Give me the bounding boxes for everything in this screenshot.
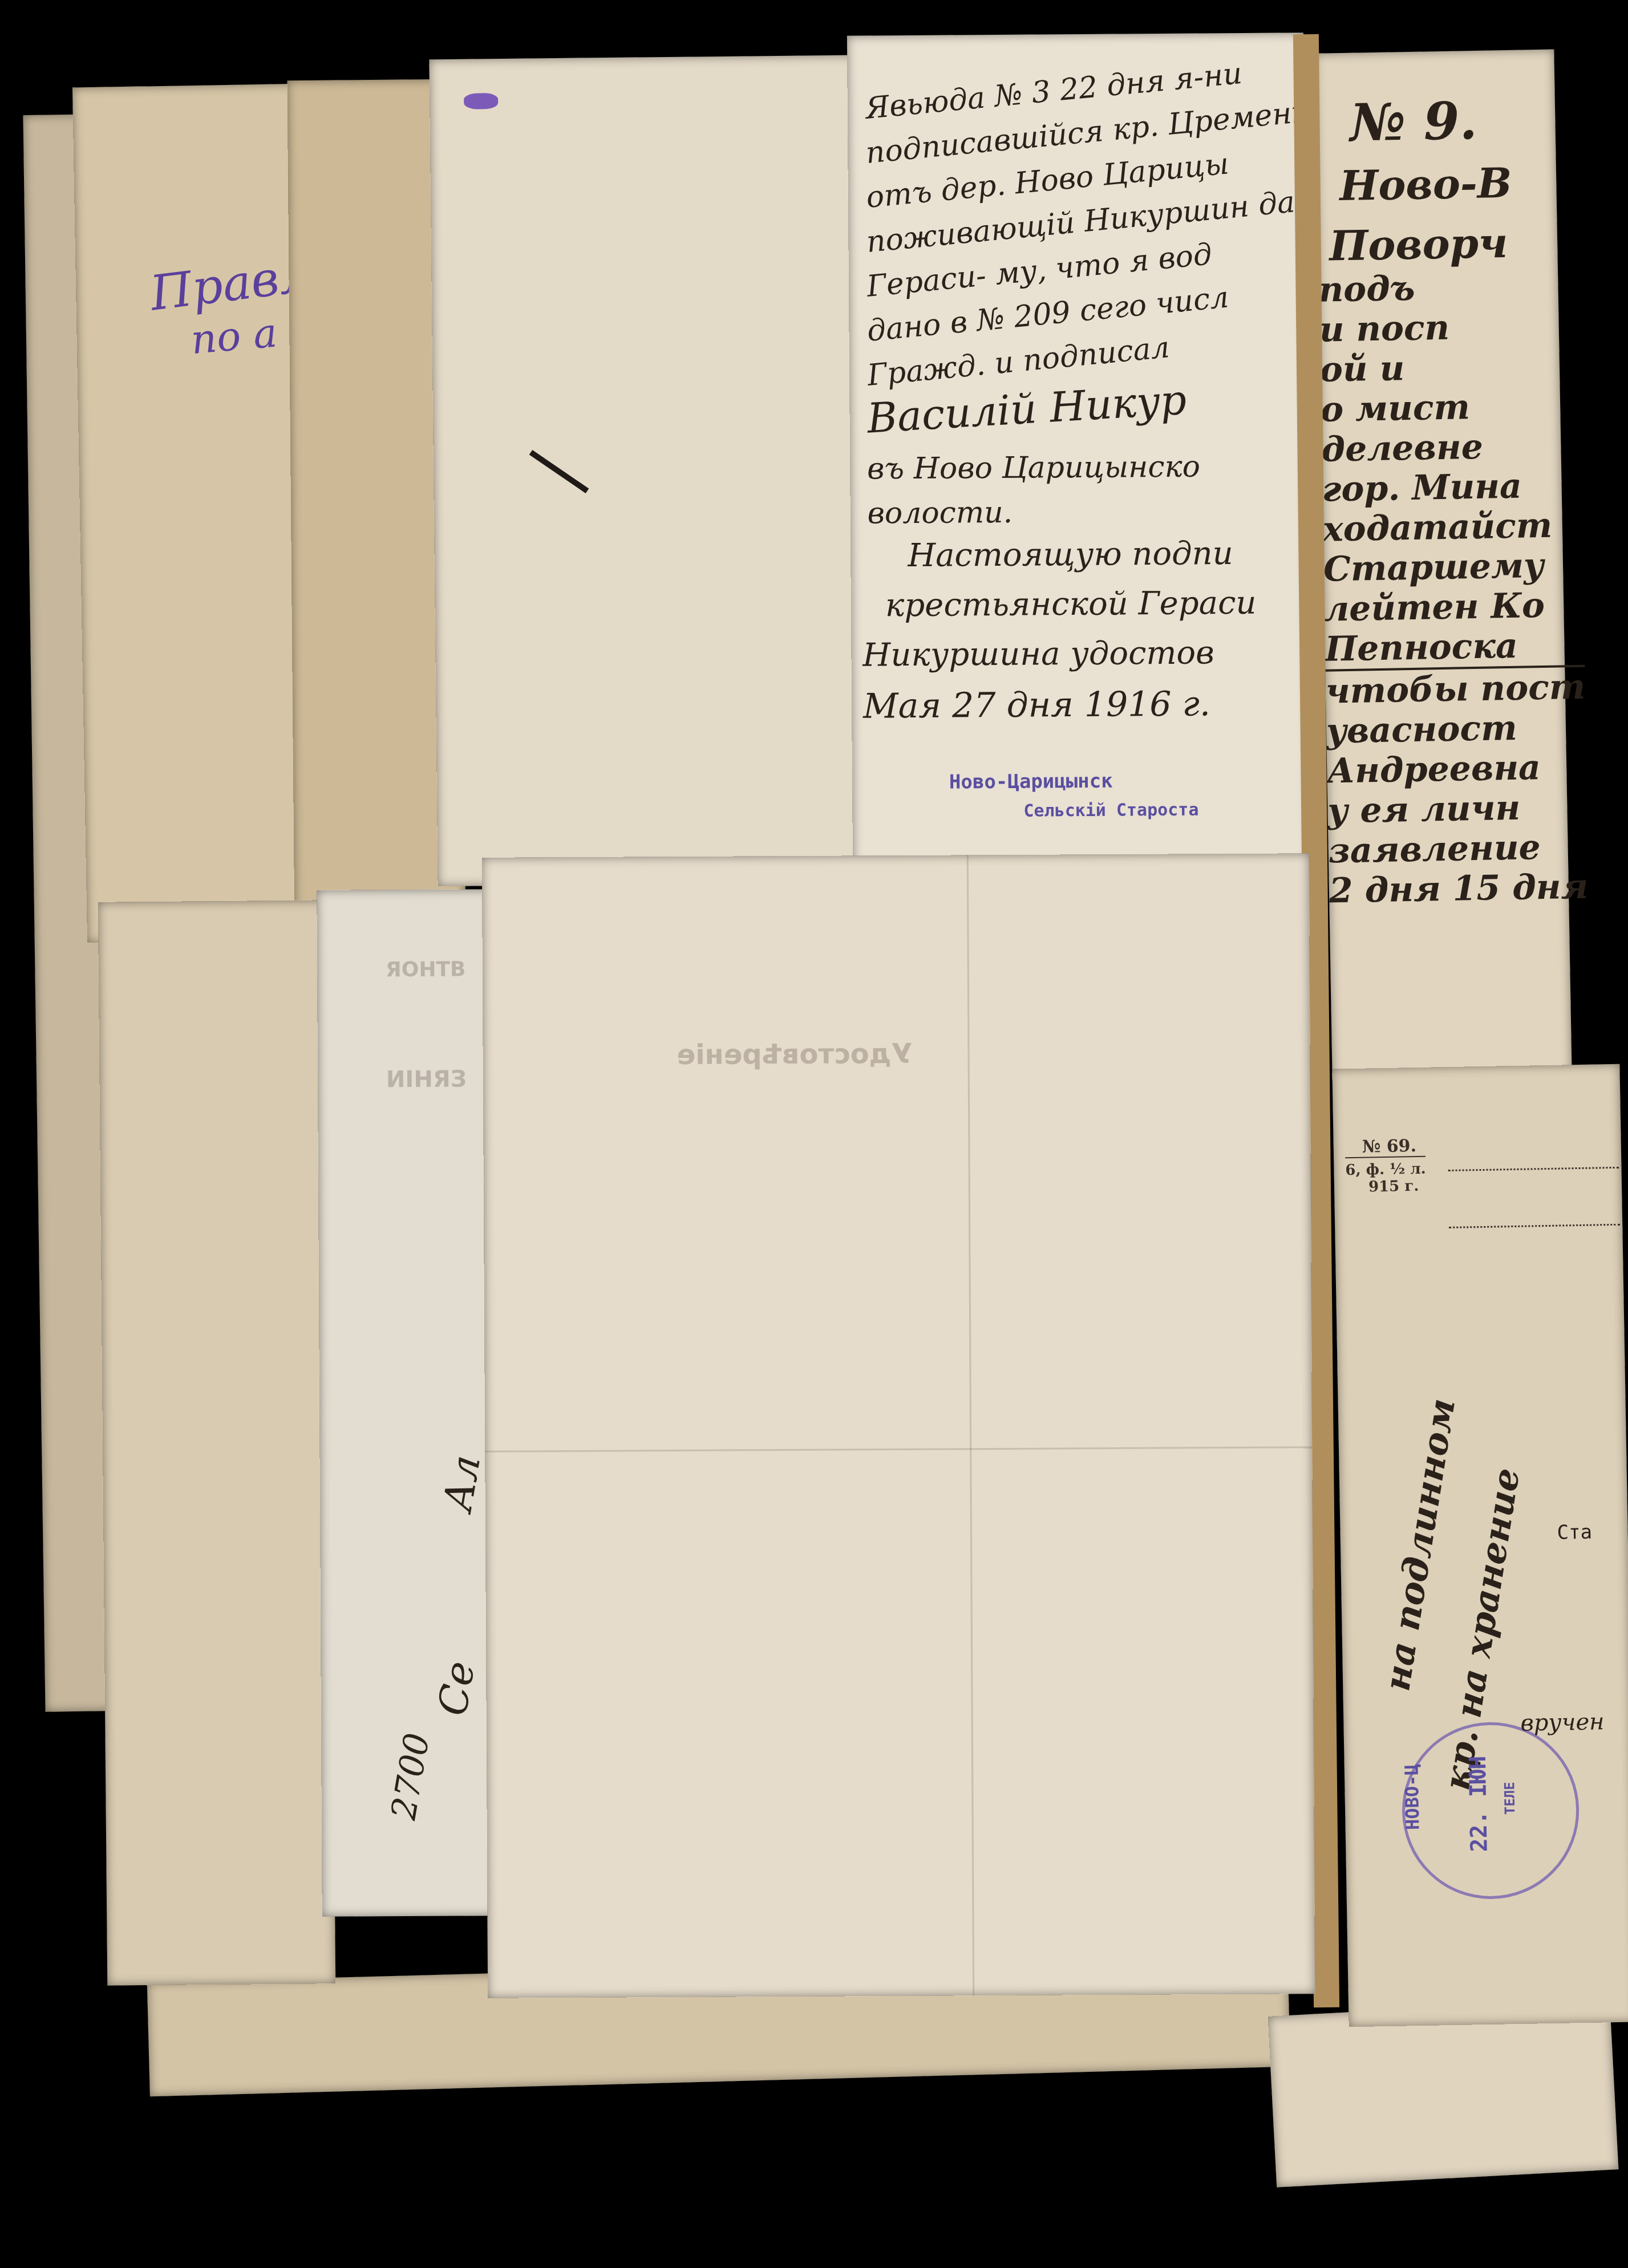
ghost-print-line2: ИІНЯЗ [386, 1066, 467, 1093]
lower-left-folded-form [98, 900, 336, 1985]
right-letter-line: ой и [1319, 346, 1580, 390]
vertical-note-1: на подлинном [1376, 1395, 1463, 1694]
postmark-bottom: ТЕЛЕ [1501, 1782, 1518, 1815]
ghost-print-line1: ЯОНТВ [386, 957, 466, 981]
left-wrapper-sheet: Правл по а [72, 84, 315, 943]
ghost-certificate-title: Удостовѣреніе [677, 1038, 912, 1071]
right-letter-line: гор. Мина [1322, 465, 1582, 510]
vertical-handwriting-3: 2700 [383, 1730, 438, 1823]
right-letter-line: Андреевна [1327, 747, 1587, 792]
signature-line: крестьянской Гераси [885, 585, 1257, 624]
blue-ink-note-line1: Правл [147, 246, 312, 321]
handwritten-letter: Явьюда № 3 22 дня я-ни подписавшійся кр.… [847, 33, 1309, 874]
violet-ink-blot [464, 93, 498, 109]
postmark-date: 22. ІЮН [1465, 1756, 1493, 1852]
village-elder-stamp: Ново-Царицынск Сельскій Староста [949, 769, 1199, 822]
blue-ink-note-line2: по а [189, 309, 279, 363]
typed-label: Ста [1557, 1521, 1592, 1544]
right-letter-body: Ново-В Поворч подъ и посп ой и о мист де… [1317, 157, 1589, 911]
right-letter-line: о мист [1321, 386, 1581, 430]
right-letter-line: у ея личн [1327, 787, 1587, 831]
right-letter-line: чтобы пост [1325, 667, 1585, 712]
stamp-line2: Сельскій Староста [1023, 800, 1198, 821]
form-year: 915 г. [1368, 1178, 1427, 1196]
delivery-label: вручен [1520, 1709, 1605, 1736]
certificate-sheet-reverse: Удостовѣреніе [482, 853, 1315, 1998]
right-letter-line: Поворч [1329, 217, 1578, 270]
right-letter-line: и посп [1319, 306, 1579, 350]
right-letter-line: заявление [1328, 827, 1588, 871]
right-letter-header: № 9. [1350, 91, 1478, 153]
vertical-handwriting-1: Ал [434, 1451, 489, 1514]
letter-line: волости. [868, 493, 1372, 530]
printed-form-strip: ЯОНТВ ИІНЯЗ Ал Се 2700 [317, 889, 499, 1917]
right-letter: № 9. Ново-В Поворч подъ и посп ой и о ми… [1314, 49, 1572, 1080]
right-letter-line: 2 дня 15 дня [1329, 867, 1589, 911]
form-format: 6, ф. ½ л. [1345, 1156, 1426, 1179]
bundle-right-bottom-edge [1268, 1999, 1619, 2188]
right-letter-line: Ново-В [1339, 157, 1577, 210]
letter-line: въ Ново Царицынско [867, 448, 1372, 486]
right-letter-line: подъ [1318, 266, 1578, 310]
dotted-line [1448, 1167, 1619, 1171]
printed-form-header: № 69. 6, ф. ½ л. 915 г. [1333, 1136, 1426, 1196]
fold-line-vertical [967, 855, 974, 1995]
signature-block: Настоящую подпи крестьянской Гераси Нику… [862, 535, 1257, 727]
right-lower-form: № 69. 6, ф. ½ л. 915 г. на подлинном кр.… [1332, 1064, 1628, 2027]
fold-line-horizontal [485, 1446, 1312, 1453]
right-letter-line: делевне [1321, 425, 1581, 470]
postmark-text: НОВО-Ц [1400, 1764, 1423, 1830]
vertical-handwriting-2: Се [429, 1658, 484, 1719]
right-letter-line: лейтен Ко [1324, 585, 1584, 630]
dotted-line [1449, 1224, 1620, 1228]
right-letter-line: увасност [1326, 707, 1586, 752]
pen-stroke [529, 450, 589, 493]
stamp-line1: Ново-Царицынск [949, 769, 1198, 794]
right-letter-line: Пепноска [1325, 625, 1585, 672]
right-letter-line: Старшему [1323, 545, 1584, 590]
form-number: № 69. [1362, 1136, 1425, 1157]
center-back-sheet [429, 55, 905, 887]
right-letter-line: ходатайст [1322, 505, 1582, 550]
signature-line: Мая 27 дня 1916 г. [863, 684, 1257, 727]
signature-line: Никуршина удостов [862, 634, 1257, 674]
signature-line: Настоящую подпи [908, 535, 1256, 574]
